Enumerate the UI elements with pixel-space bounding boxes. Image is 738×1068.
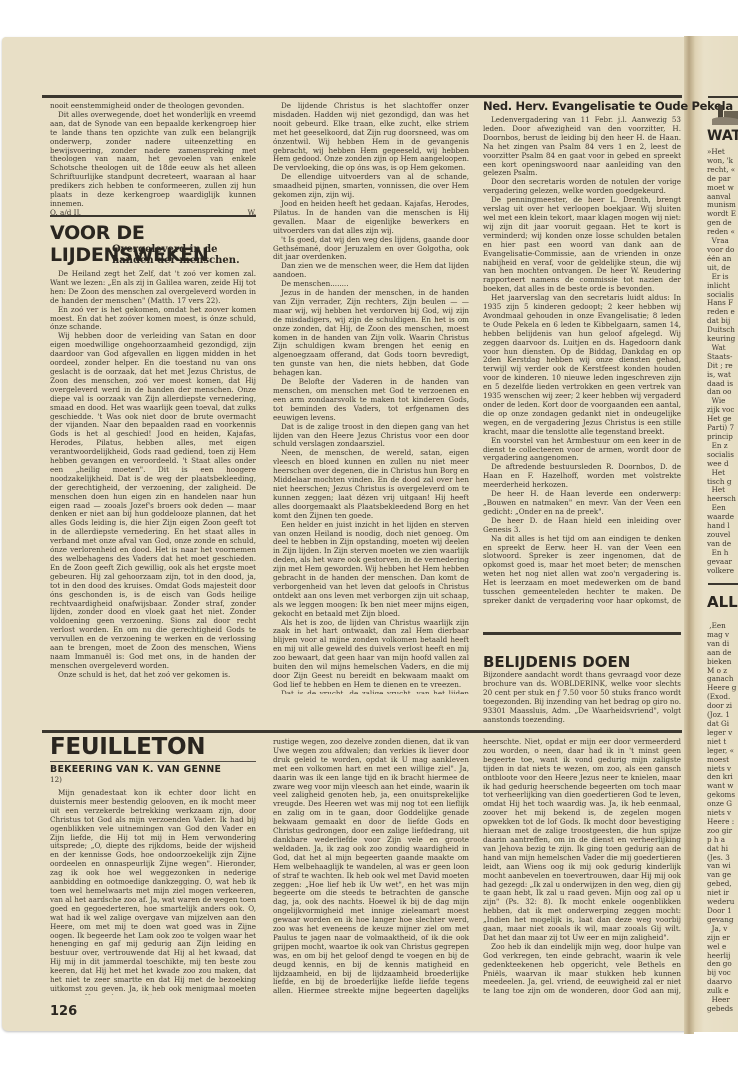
section-rule (50, 215, 256, 217)
adjacent-heading-1: WAT (707, 128, 738, 144)
top-rule (42, 95, 682, 98)
adjacent-top-rule (708, 96, 738, 98)
column-1-top: nooit eenstemmigheid onder de theologen … (50, 102, 256, 218)
feuilleton-rule (42, 730, 682, 733)
article-paragraph: 't Is goed, dat wij den weg des lijdens,… (273, 236, 469, 263)
article-paragraph: De lijdende Christus is het slachtoffer … (273, 102, 469, 173)
article-paragraph: Een helder en juist inzicht in het lijde… (273, 521, 469, 619)
feuilleton-column-2: rustige wegen, zoo dezelve zonden dienen… (273, 738, 469, 996)
feuilleton-column-1: Mijn genadestaat kon ik echter door lich… (50, 789, 256, 995)
column-3-report: Ledenvergadering van 11 Febr. j.l. Aanwe… (483, 116, 681, 604)
article-paragraph: Dat is de zalige troost in den diepen ga… (273, 423, 469, 450)
feuilleton-paragraph: heerschte. Niet, opdat er mijn eer door … (483, 738, 681, 943)
article-paragraph: Als het is zoo, de lijden van Christus w… (273, 619, 469, 690)
ad-title: BELIJDENIS DOEN (483, 654, 630, 670)
feuilleton-paragraph: Zoo heb ik dan eindelijk mijn weg, door … (483, 943, 681, 996)
column-2-article: De lijdende Christus is het slachtoffer … (273, 102, 469, 694)
feuilleton-column-3: heerschte. Niet, opdat er mijn eer door … (483, 738, 681, 996)
page-spine (684, 36, 694, 1034)
report-paragraph: De penningmeester, de heer L. Drenth, br… (483, 196, 681, 294)
ad-text: Bijzondere aandacht wordt thans gevraagd… (483, 671, 681, 724)
article-paragraph: De Belofte der Vaderen in de handen van … (273, 378, 469, 423)
article-paragraph: Dat is de vrucht, de zalige vrucht, van … (273, 690, 469, 694)
feuilleton-paragraph: Mijn genadestaat kon ik echter door lich… (50, 789, 256, 995)
adjacent-mid-rule (708, 583, 738, 585)
report-paragraph: De heer H. de Haan leverde een onderwerp… (483, 490, 681, 517)
section-subtitle: Overgeleverd in de handen der menschen. (112, 244, 258, 266)
intro-paragraph: Dit alles overwegende, doet het wonderli… (50, 111, 256, 209)
adjacent-heading-2: ALL (707, 593, 738, 611)
article-paragraph: De ellendige uitvoerders van al de schan… (273, 173, 469, 200)
page-number: 126 (50, 1004, 77, 1019)
feuilleton-title-underline (50, 761, 256, 762)
report-paragraph: De heer D. de Haan hield een inleiding o… (483, 517, 681, 535)
article-paragraph: Neen, de menschen, de wereld, satan, eig… (273, 449, 469, 520)
article-paragraph: Onze schuld is het, dat het zoó ver geko… (50, 671, 256, 680)
feuilleton-paragraph: rustige wegen, zoo dezelve zonden dienen… (273, 738, 469, 996)
article-paragraph: Jood en heiden heeft het gedaan. Kajafas… (273, 200, 469, 236)
building-illustration-icon (712, 103, 738, 125)
report-paragraph: Ledenvergadering van 11 Febr. j.l. Aanwe… (483, 116, 681, 178)
adjacent-text-bottom: ,Een mag v van di aan de bieken M o z ga… (707, 622, 738, 1022)
article-paragraph: Dan zien we de menschen weer, die Hem da… (273, 262, 469, 280)
report-paragraph: Het jaarverslag van den secretaris luidt… (483, 294, 681, 437)
report-title: Ned. Herv. Evangelisatie te Oude Pekela (483, 99, 683, 113)
report-paragraph: Na dit alles is het tijd om aan eindigen… (483, 535, 681, 604)
article-paragraph: Wij hebben door de verleiding van Satan … (50, 332, 256, 670)
ad-rule (483, 632, 681, 635)
feuilleton-subtitle: BEKEERING VAN K. VAN GENNE (50, 764, 258, 775)
article-paragraph: Jezus in de handen der menschen, in de h… (273, 289, 469, 378)
report-paragraph: Door den secretaris worden de notulen de… (483, 178, 681, 196)
report-paragraph: En voorstel van het Armbestuur om een ke… (483, 437, 681, 464)
article-paragraph: En zoó ver is het gekomen, omdat het zoo… (50, 306, 256, 333)
adjacent-text-top: »Het won, 'k recht, « de par moet w aanv… (707, 148, 738, 576)
article-paragraph: De Heiland zegt het Zelf, dat 't zoó ver… (50, 270, 256, 306)
feuilleton-title: FEUILLETON (50, 734, 205, 760)
ad-paragraph: Bijzondere aandacht wordt thans gevraagd… (483, 671, 681, 724)
feuilleton-part: 12) (50, 776, 90, 785)
report-paragraph: De aftredende bestuursleden R. Doornbos,… (483, 463, 681, 490)
column-1-article: De Heiland zegt het Zelf, dat 't zoó ver… (50, 270, 256, 696)
